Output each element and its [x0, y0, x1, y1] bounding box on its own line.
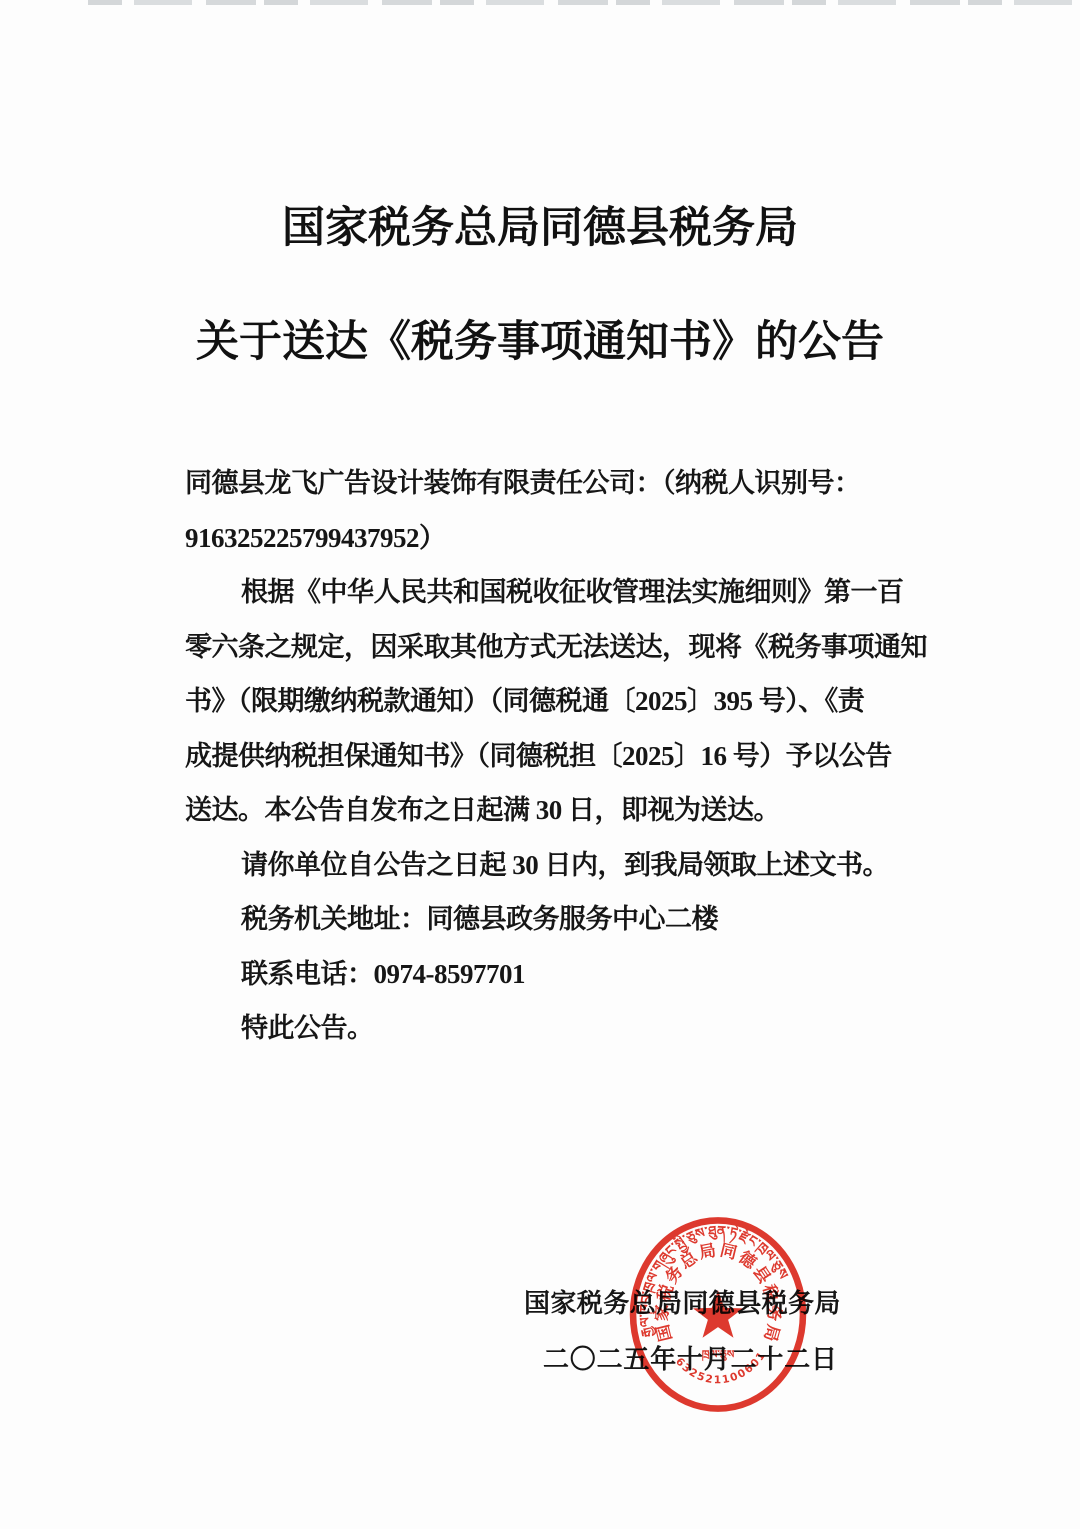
seal-tibetan-arc-text: རྒྱལ་ཁབ་ཁྲལ་གཞུང་སྤྱི་ཅུས་ཐུན་ཏེ་རྫོང་ཁྲ… — [637, 1222, 791, 1339]
body-line: 送达。本公告自发布之日起满 30 日，即视为送达。 — [185, 783, 910, 838]
scan-artifact-strip — [88, 0, 1076, 5]
document-body: 同德县龙飞广告设计装饰有限责任公司：（纳税人识别号： 9163252257994… — [185, 456, 910, 1056]
body-line: 根据《中华人民共和国税收征收管理法实施细则》第一百 — [185, 565, 910, 620]
document-title-org: 国家税务总局同德县税务局 — [0, 202, 1080, 254]
body-line-phone: 联系电话：0974-8597701 — [185, 947, 910, 1002]
body-line: 同德县龙飞广告设计装饰有限责任公司：（纳税人识别号： — [185, 456, 910, 511]
signature-organization: 国家税务总局同德县税务局 — [524, 1283, 841, 1320]
body-line-address: 税务机关地址：同德县政务服务中心二楼 — [185, 892, 910, 947]
body-line: 916325225799437952） — [185, 511, 910, 566]
body-line: 请你单位自公告之日起 30 日内，到我局领取上述文书。 — [185, 838, 910, 893]
body-line: 成提供纳税担保通知书》（同德税担〔2025〕16 号）予以公告 — [185, 729, 910, 784]
signature-date: 二〇二五年十月二十二日 — [543, 1339, 838, 1376]
document-title-subject: 关于送达《税务事项通知书》的公告 — [0, 316, 1080, 368]
body-line-closing: 特此公告。 — [185, 1001, 910, 1056]
body-line: 零六条之规定，因采取其他方式无法送达，现将《税务事项通知 — [185, 620, 910, 675]
body-line: 书》（限期缴纳税款通知）（同德税通〔2025〕395 号）、《责 — [185, 674, 910, 729]
announcement-page: 国家税务总局同德县税务局 关于送达《税务事项通知书》的公告 同德县龙飞广告设计装… — [0, 0, 1080, 1529]
